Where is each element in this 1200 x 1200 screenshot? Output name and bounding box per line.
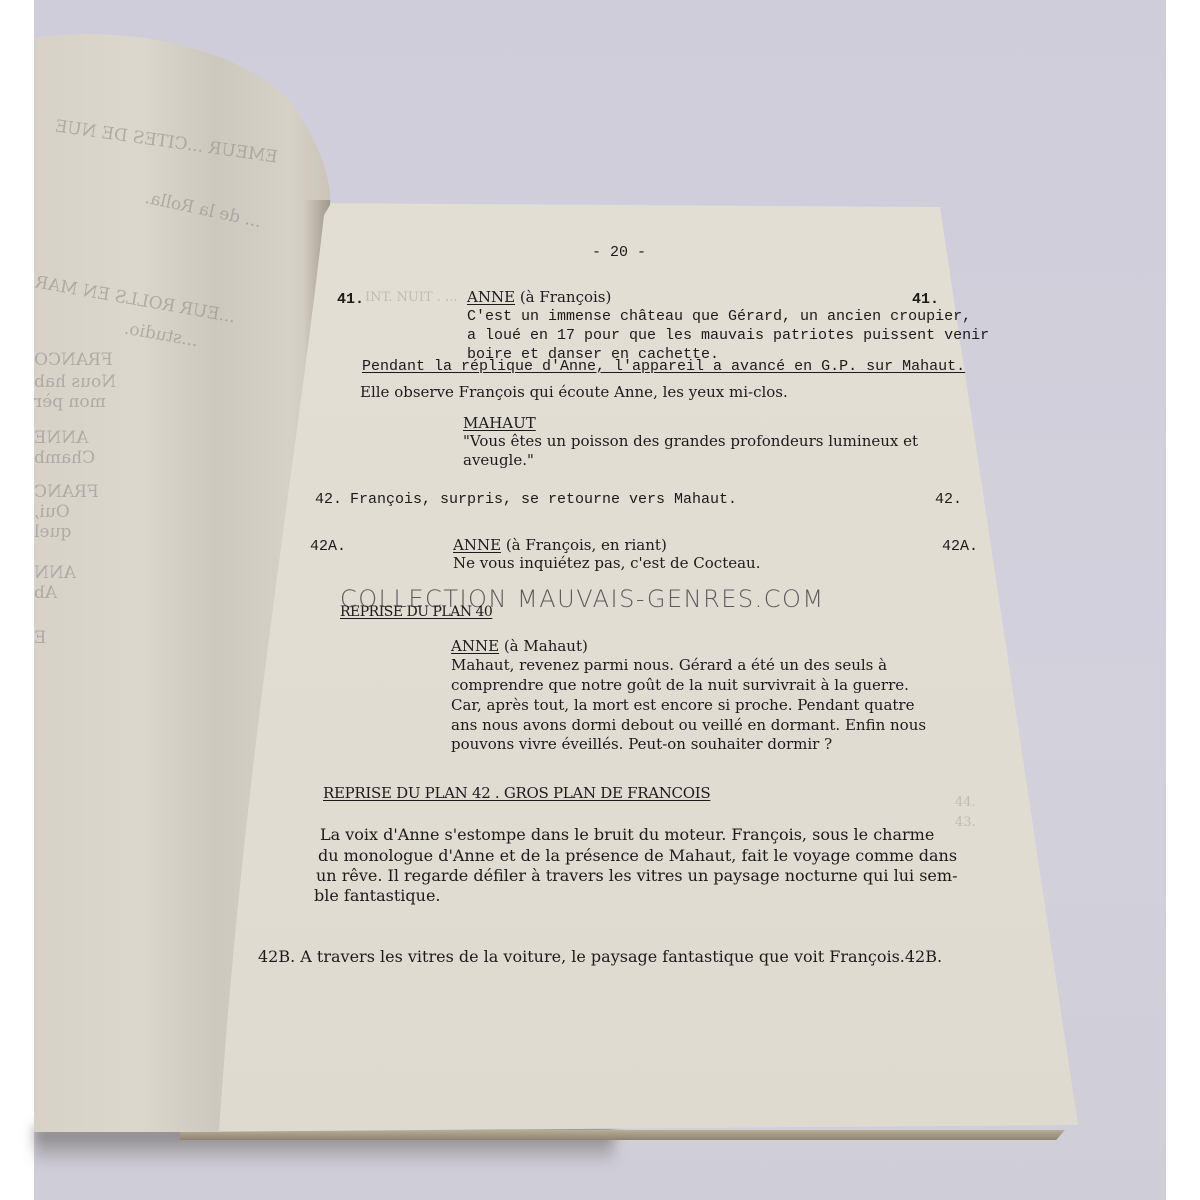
scene-number: 42A. [310, 537, 346, 556]
dialogue-header: ANNE (à Mahaut) [451, 637, 588, 656]
dialogue-line: pouvons vivre éveillés. Peut-on souhaite… [451, 735, 832, 754]
scene-number: 42. [315, 490, 342, 509]
scene-number-right: 42A. [942, 537, 978, 556]
bleed-text: quel [34, 522, 71, 542]
bleed-text: ...EUR ROLLS EN MAR [34, 273, 237, 328]
ghost-heading: INT. NUIT . ... [365, 290, 457, 305]
bleed-text: ANNE [34, 428, 88, 448]
bleed-text: Chamb [34, 448, 95, 468]
dialogue-line: Mahaut, revenez parmi nous. Gérard a été… [451, 656, 887, 675]
page-stack-edge [180, 1130, 1065, 1140]
bleed-text: E [34, 628, 46, 648]
bleed-text: ANN [34, 563, 76, 583]
page-number: - 20 - [592, 243, 646, 262]
scene-number-right: 42. [935, 490, 962, 509]
action-line: La voix d'Anne s'estompe dans le bruit d… [320, 825, 934, 844]
dialogue-line: a loué en 17 pour que les mauvais patrio… [467, 326, 989, 345]
dialogue-header: ANNE (à François, en riant) [453, 536, 667, 555]
scene-line-42b: 42B. A travers les vitres de la voiture,… [258, 947, 942, 966]
dialogue-header: ANNE (à François) [467, 288, 611, 307]
action-line: un rêve. Il regarde défiler à travers le… [316, 866, 957, 885]
parenthetical: (à François, en riant) [506, 536, 667, 554]
bleed-text: Nous hab [34, 372, 116, 392]
dialogue-line: comprendre que notre goût de la nuit sur… [451, 676, 909, 695]
ghost-number: 44. [955, 795, 976, 810]
action-line: du monologue d'Anne et de la présence de… [318, 846, 957, 865]
parenthetical: (à Mahaut) [504, 637, 588, 655]
dialogue-line: ans nous avons dormi debout ou veillé en… [451, 716, 926, 735]
speaker-name: ANNE [451, 637, 499, 655]
action-underlined: Pendant la réplique d'Anne, l'appareil a… [362, 357, 965, 376]
bleed-text: ... de la Rolla. [143, 188, 263, 232]
dialogue-line: Ne vous inquiétez pas, c'est de Cocteau. [453, 554, 760, 573]
bleed-text: FRANCO [34, 350, 113, 370]
speaker-name: ANNE [467, 288, 515, 306]
action-line: ble fantastique. [314, 886, 441, 905]
dialogue-line: "Vous êtes un poisson des grandes profon… [463, 432, 918, 451]
reprise-heading: REPRISE DU PLAN 42 . GROS PLAN DE FRANCO… [323, 784, 710, 803]
speaker-name: MAHAUT [463, 414, 536, 433]
action-line: François, surpris, se retourne vers Maha… [350, 490, 737, 509]
dialogue-line: C'est un immense château que Gérard, un … [467, 307, 971, 326]
ghost-number: 43. [955, 815, 976, 830]
dialogue-line: aveugle." [463, 451, 534, 470]
bleed-text: FRANC [34, 482, 99, 502]
bleed-text: EMEUR ...CITES DE NUE [54, 116, 279, 167]
bleed-text: Ab [34, 583, 57, 603]
bleed-text: mon pèr [34, 392, 106, 412]
scene-number: 41. [337, 290, 364, 309]
parenthetical: (à François) [520, 288, 612, 306]
dialogue-line: Car, après tout, la mort est encore si p… [451, 696, 914, 715]
speaker-name: ANNE [453, 536, 501, 554]
watermark: COLLECTION MAUVAIS-GENRES.COM [340, 585, 825, 613]
bleed-text: ...studio. [123, 319, 200, 352]
action-line: Elle observe François qui écoute Anne, l… [360, 383, 788, 402]
bleed-text: Oui, [34, 502, 70, 522]
